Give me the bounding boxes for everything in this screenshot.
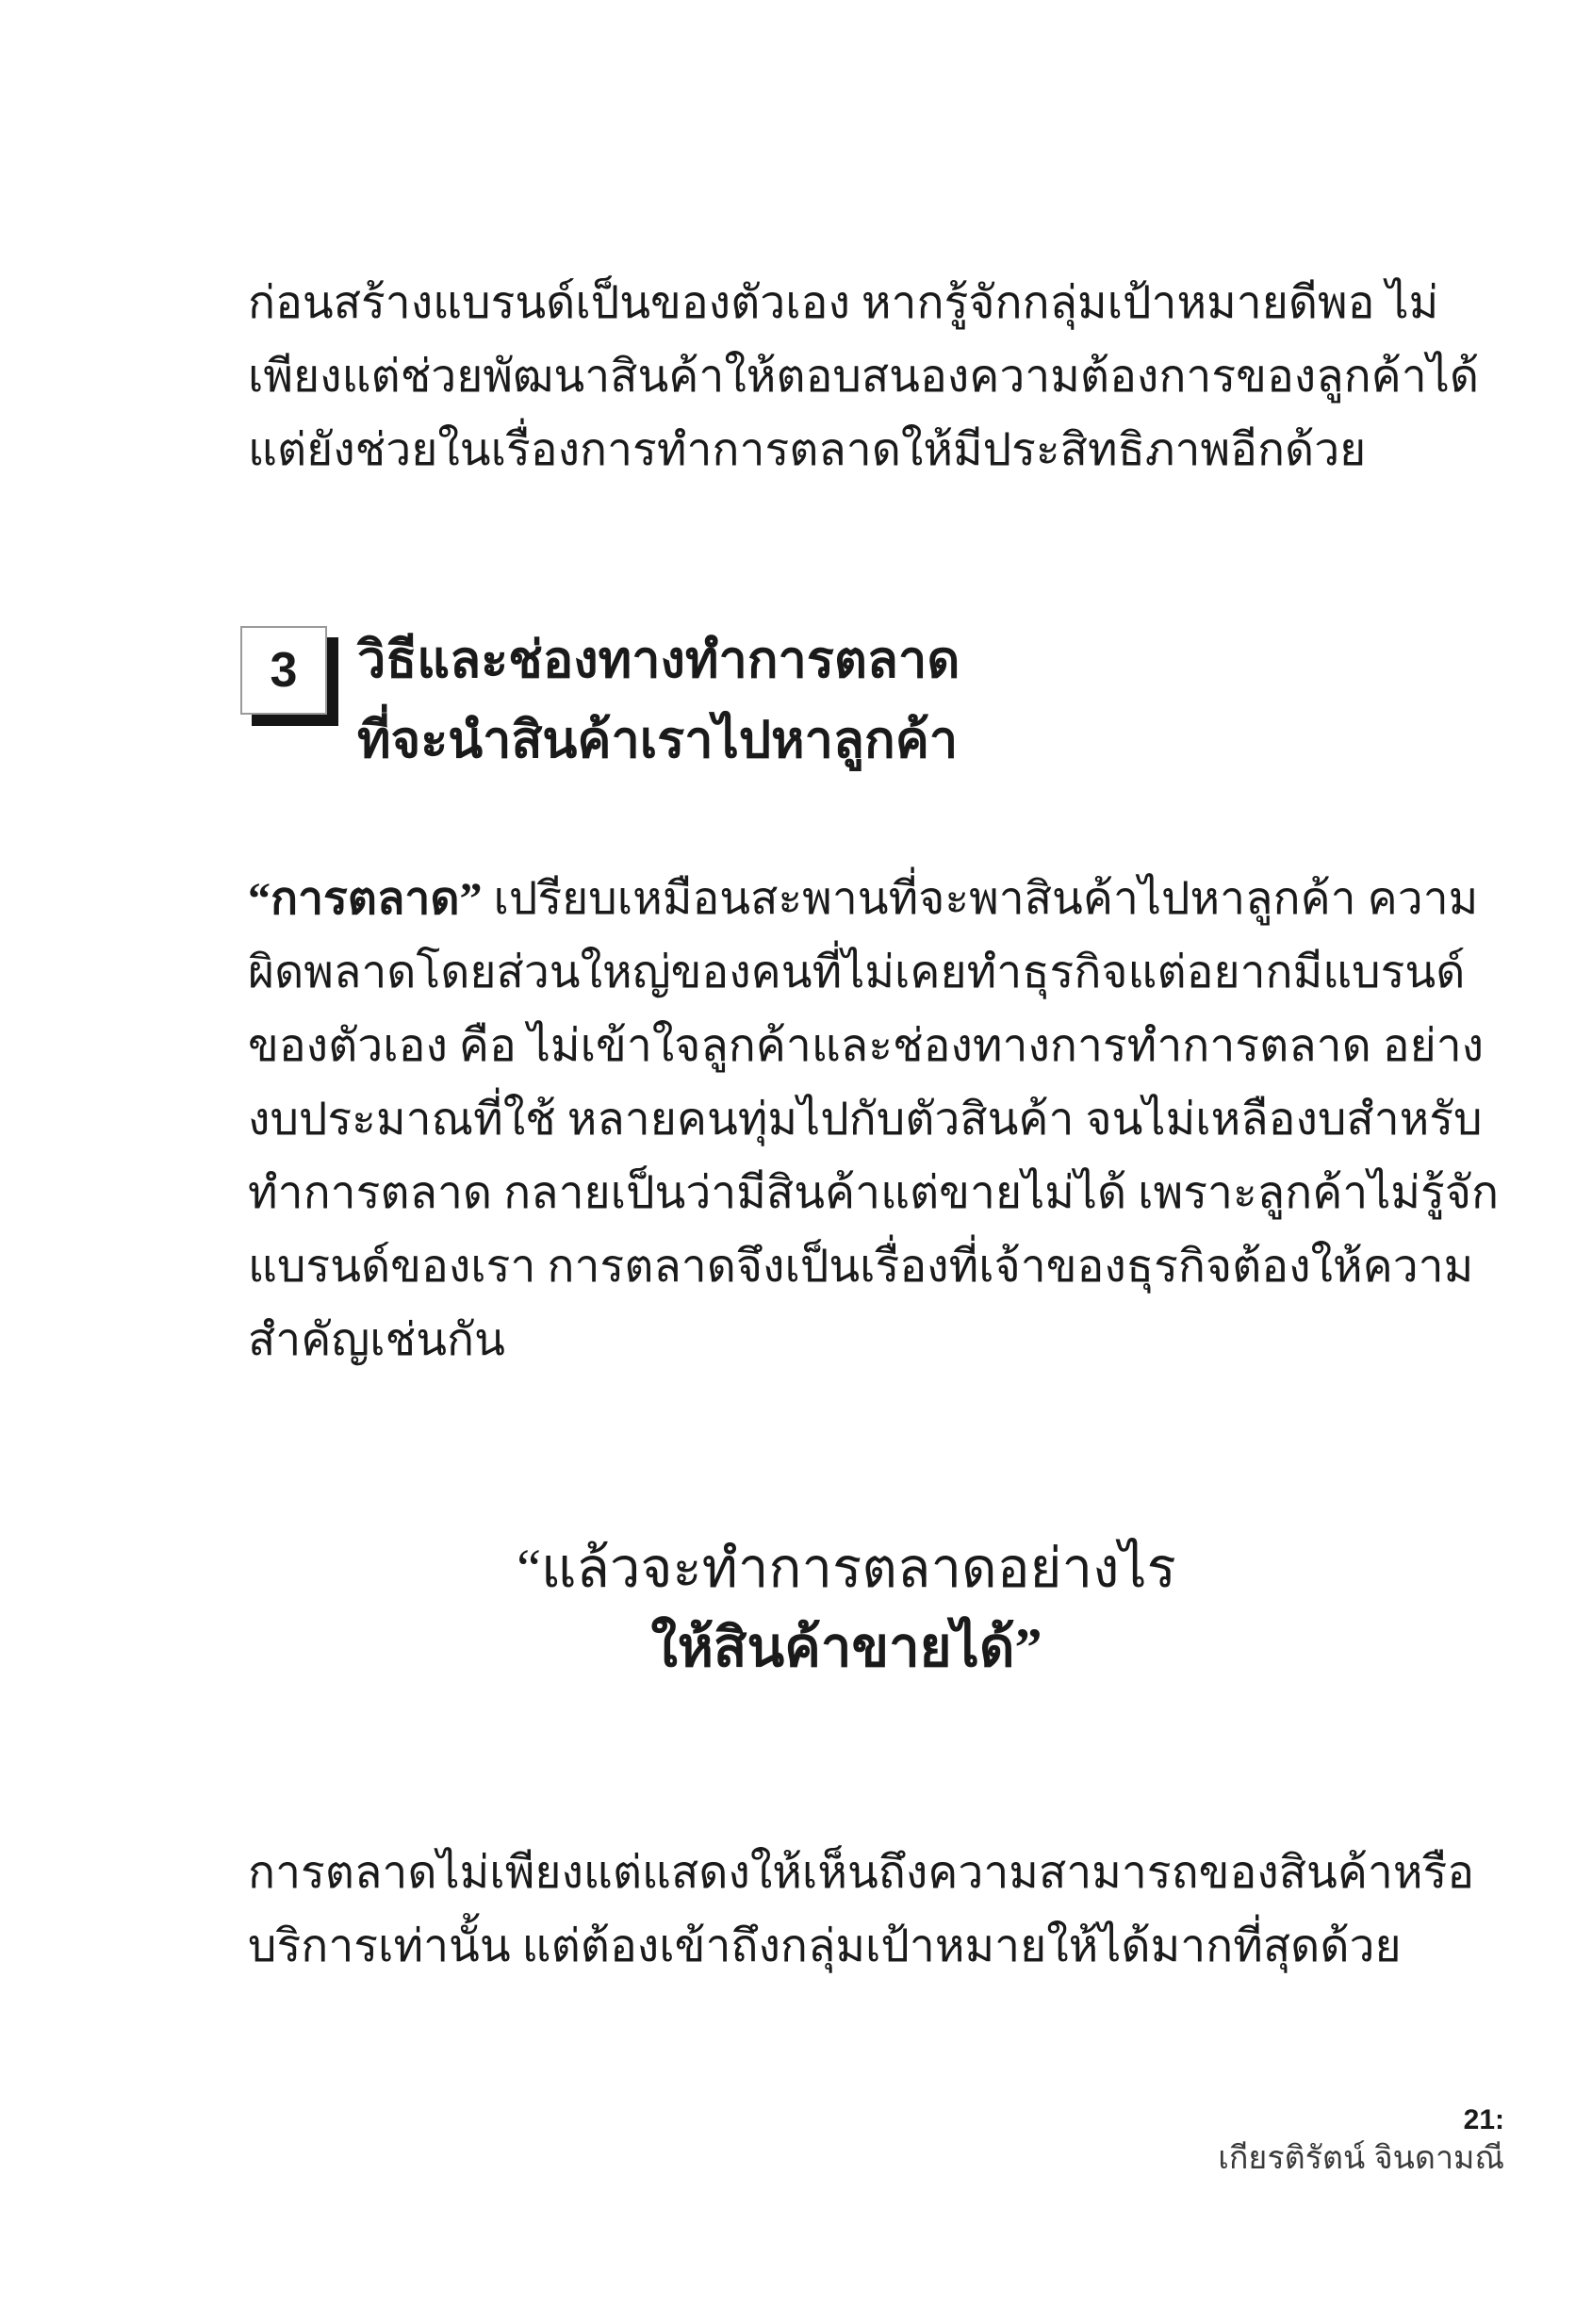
- heading-line: ที่จะนำสินค้าเราไปหาลูกค้า: [357, 700, 960, 781]
- paragraph-line: บริการเท่านั้น แต่ต้องเข้าถึงกลุ่มเป้าหม…: [248, 1910, 1445, 1984]
- paragraph-line: ทำการตลาด กลายเป็นว่ามีสินค้าแต่ขายไม่ได…: [248, 1157, 1445, 1230]
- pull-quote: “แล้วจะทำการตลาดอย่างไร ให้สินค้าขายได้”: [248, 1529, 1445, 1688]
- section-number-box: 3: [240, 626, 327, 715]
- section-heading: 3 วิธีและช่องทางทำการตลาด ที่จะนำสินค้าเ…: [240, 626, 960, 781]
- paragraph-line: การตลาดไม่เพียงแต่แสดงให้เห็นถึงความสามา…: [248, 1837, 1445, 1910]
- paragraph-line: แบรนด์ของเรา การตลาดจึงเป็นเรื่องที่เจ้า…: [248, 1230, 1445, 1304]
- paragraph-line: แต่ยังช่วยในเรื่องการทำการตลาดให้มีประสิ…: [248, 414, 1445, 487]
- marketing-paragraph: “การตลาด” เปรียบเหมือนสะพานที่จะพาสินค้า…: [248, 863, 1445, 1377]
- author-name: เกียรติรัตน์ จินดามณี: [1218, 2136, 1504, 2180]
- page-footer: 21: เกียรติรัตน์ จินดามณี: [1218, 2104, 1504, 2180]
- paragraph-line-rest: เปรียบเหมือนสะพานที่จะพาสินค้าไปหาลูกค้า…: [483, 874, 1479, 924]
- section-number: 3: [271, 642, 298, 699]
- closing-paragraph: การตลาดไม่เพียงแต่แสดงให้เห็นถึงความสามา…: [248, 1837, 1445, 1984]
- pull-quote-line: “แล้วจะทำการตลาดอย่างไร: [248, 1529, 1445, 1608]
- paragraph-line: ก่อนสร้างแบรนด์เป็นของตัวเอง หากรู้จักกล…: [248, 267, 1445, 340]
- lead-term: “การตลาด”: [248, 874, 483, 924]
- paragraph-line: เพียงแต่ช่วยพัฒนาสินค้าให้ตอบสนองความต้อ…: [248, 340, 1445, 414]
- intro-paragraph: ก่อนสร้างแบรนด์เป็นของตัวเอง หากรู้จักกล…: [248, 267, 1445, 487]
- paragraph-line: “การตลาด” เปรียบเหมือนสะพานที่จะพาสินค้า…: [248, 863, 1445, 936]
- paragraph-line: สำคัญเช่นกัน: [248, 1304, 1445, 1377]
- pull-quote-line-bold: ให้สินค้าขายได้”: [248, 1608, 1445, 1688]
- page-number: 21:: [1218, 2104, 1504, 2136]
- heading-line: วิธีและช่องทางทำการตลาด: [357, 620, 960, 700]
- paragraph-line: งบประมาณที่ใช้ หลายคนทุ่มไปกับตัวสินค้า …: [248, 1083, 1445, 1157]
- book-page: ก่อนสร้างแบรนด์เป็นของตัวเอง หากรู้จักกล…: [0, 0, 1592, 2324]
- paragraph-line: ของตัวเอง คือ ไม่เข้าใจลูกค้าและช่องทางก…: [248, 1010, 1445, 1083]
- section-heading-text: วิธีและช่องทางทำการตลาด ที่จะนำสินค้าเรา…: [357, 620, 960, 781]
- paragraph-line: ผิดพลาดโดยส่วนใหญ่ของคนที่ไม่เคยทำธุรกิจ…: [248, 936, 1445, 1010]
